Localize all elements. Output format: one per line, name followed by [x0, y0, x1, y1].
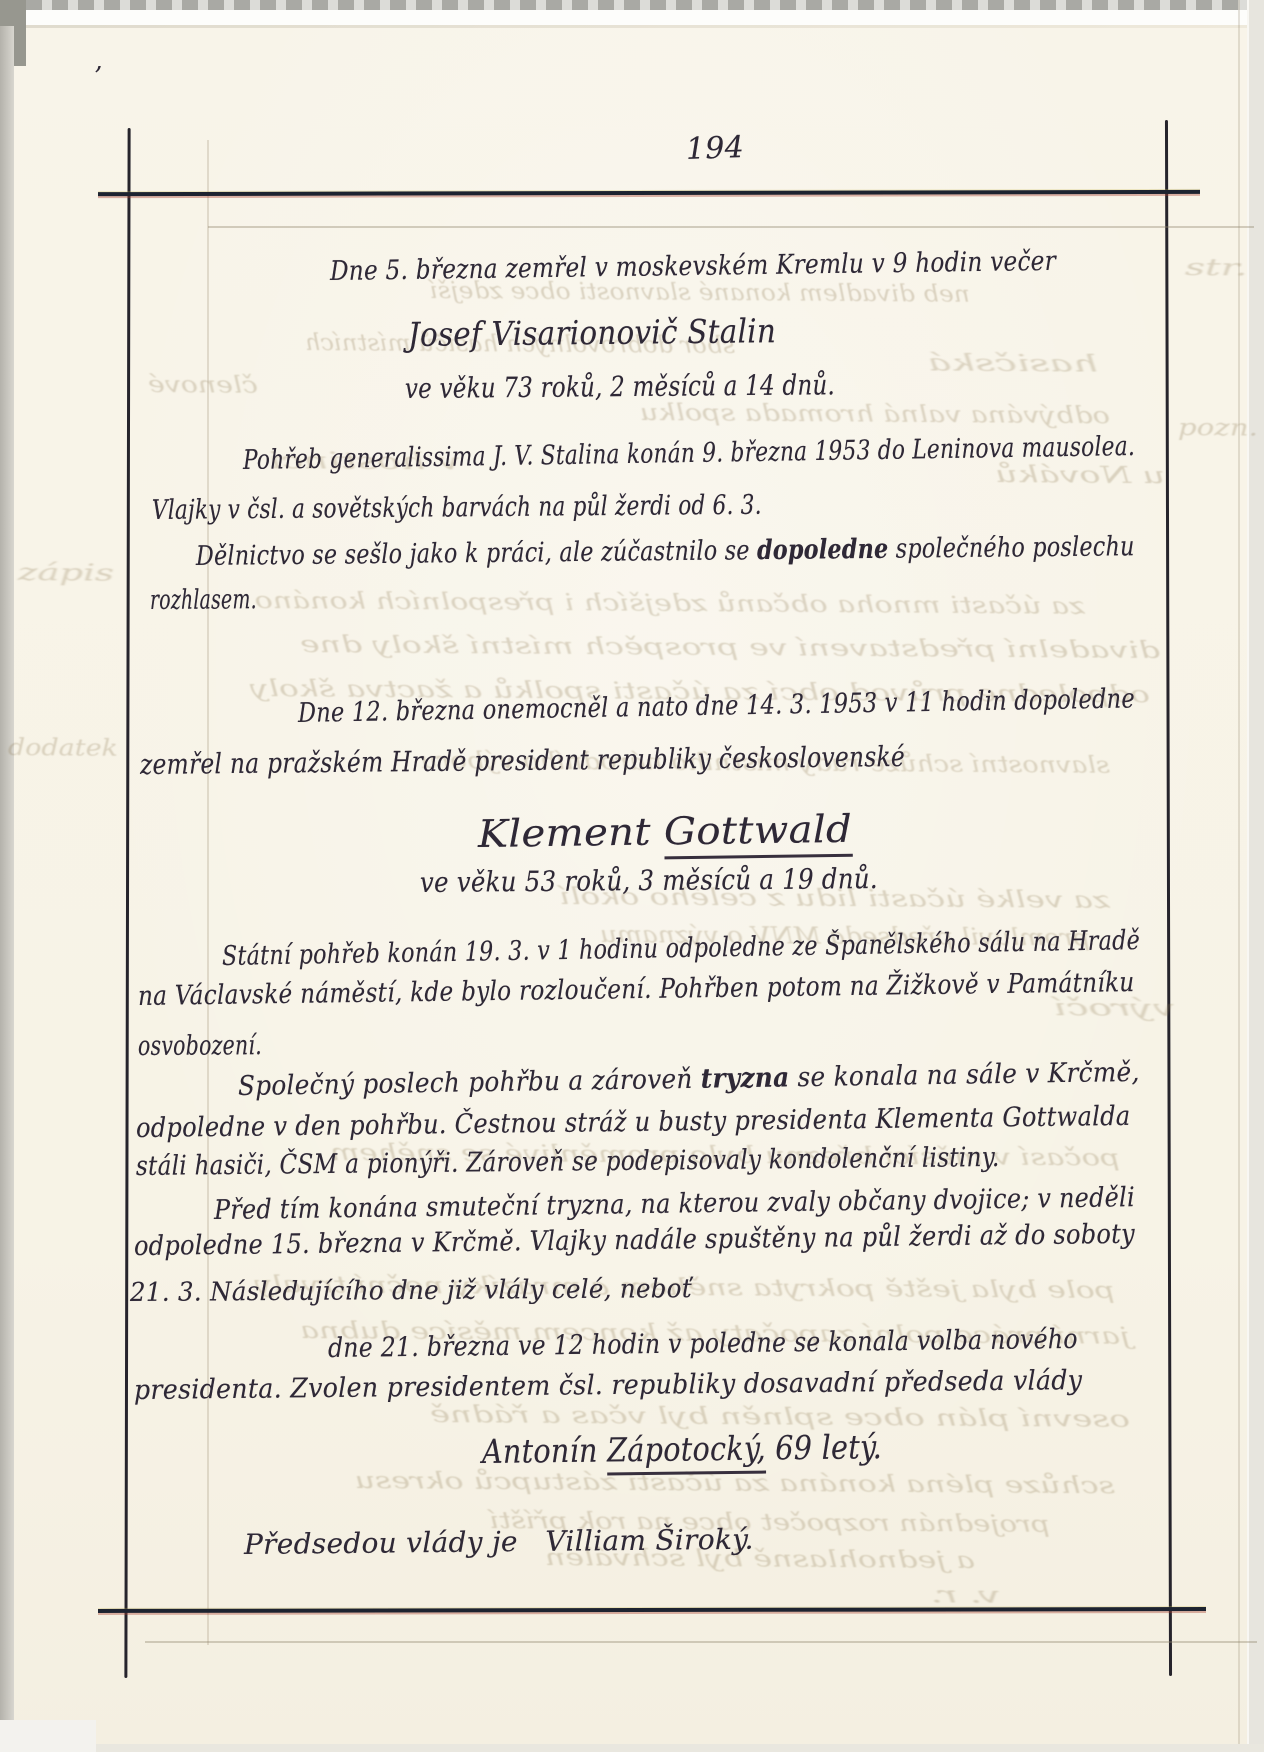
handwritten-text: Státní pohřeb konán 19. 3. v 1 hodinu od… [222, 925, 1141, 972]
handwritten-text: Předsedou vlády je Villiam Široký. [244, 1523, 754, 1561]
margin-rule-right [1165, 120, 1172, 1676]
handwritten-text: ve věku 53 roků, 3 měsíců a 19 dnů. [420, 862, 878, 899]
bleedthrough-line: výročí [1054, 995, 1175, 1022]
bleedthrough-line: dodatek [8, 735, 118, 762]
handwritten-line: Antonín Zápotocký, 69 letý. [482, 1427, 882, 1471]
page-corner-bottom-left [0, 1720, 96, 1752]
underlined-word: Zápotocký, [607, 1429, 766, 1476]
header-rule [98, 190, 1200, 196]
bleedthrough-line: hasičská [928, 350, 1098, 377]
handwritten-text: presidenta. Zvolen presidentem čsl. repu… [134, 1365, 1083, 1406]
handwritten-line: Klement Gottwald [478, 807, 853, 856]
handwritten-line: 21. 3. Následujícího dne již vlály celé,… [130, 1274, 692, 1308]
handwritten-line: stáli hasiči, ČSM a pionýři. Zároveň se … [136, 1142, 1000, 1182]
handwritten-text: Společný poslech pohřbu a zároveň [238, 1064, 701, 1102]
bleedthrough-line: odbývána valná hromada spolku [640, 400, 1110, 429]
handwritten-text: 69 letý. [766, 1427, 883, 1467]
page-right-edge [1247, 0, 1264, 1752]
footer-rule [98, 1607, 1206, 1613]
bleedthrough-line: členové [148, 372, 258, 399]
handwritten-line: rozhlasem. [150, 584, 257, 616]
handwritten-text: 21. 3. Následujícího dne již vlály celé,… [130, 1274, 692, 1308]
bleedthrough-line: zápis [18, 560, 114, 587]
ink-speck: ’ [94, 62, 102, 92]
handwritten-text: odpoledne 15. března v Krčmě. Vlajky nad… [134, 1219, 1135, 1262]
handwritten-text: Dělnictvo se sešlo jako k práci, ale zúč… [196, 535, 757, 572]
page-top-shadow [0, 25, 1264, 28]
handwritten-line: Předsedou vlády je Villiam Široký. [244, 1523, 754, 1561]
handwritten-text: tryzna [701, 1062, 790, 1094]
page-bottom-edge [0, 1744, 1264, 1752]
handwritten-line: odpoledne v den pohřbu. Čestnou stráž u … [136, 1101, 1131, 1144]
handwritten-text: Josef Visarionovič Stalin [408, 311, 776, 354]
handwritten-line: Státní pohřeb konán 19. 3. v 1 hodinu od… [222, 925, 1141, 972]
handwritten-text: ve věku 73 roků, 2 měsíců a 14 dnů. [405, 368, 835, 405]
scanned-chronicle-page: 194 neb divadlem konané slavnosti obce z… [0, 0, 1264, 1752]
handwritten-line: Josef Visarionovič Stalin [408, 311, 776, 354]
handwritten-line: ve věku 73 roků, 2 měsíců a 14 dnů. [405, 368, 835, 405]
page-top-edge [0, 10, 1264, 25]
margin-rule-faint [207, 140, 209, 1645]
handwritten-line: ve věku 53 roků, 3 měsíců a 19 dnů. [420, 862, 878, 899]
handwritten-text: Vlajky v čsl. a sovětských barvách na pů… [152, 490, 762, 526]
handwritten-text: Klement [478, 809, 665, 856]
underlined-word: Gottwald [664, 807, 853, 860]
handwritten-text: společného poslechu [888, 531, 1135, 565]
margin-rule-left [124, 128, 130, 1678]
page-number: 194 [685, 130, 744, 167]
handwritten-line: Vlajky v čsl. a sovětských barvách na pů… [152, 490, 762, 526]
handwritten-text: rozhlasem. [150, 584, 257, 616]
handwritten-text: dopoledne [757, 534, 889, 566]
handwritten-line: osvobození. [138, 1030, 262, 1062]
handwritten-line: na Václavské náměstí, kde bylo rozloučen… [138, 967, 1135, 1012]
bleedthrough-line: pozn. [1178, 415, 1258, 442]
header-rule-faint [208, 226, 1254, 228]
bleedthrough-line: str. [1185, 255, 1248, 281]
handwritten-line: Společný poslech pohřbu a zároveň tryzna… [238, 1057, 1140, 1102]
handwritten-line: Dělnictvo se sešlo jako k práci, ale zúč… [196, 531, 1135, 572]
handwritten-text: se konala na sále v Krčmě, [789, 1057, 1140, 1093]
handwritten-line: Před tím konána smuteční tryzna, na kter… [214, 1182, 1135, 1226]
handwritten-text: Před tím konána smuteční tryzna, na kter… [214, 1182, 1135, 1226]
bleedthrough-line: v. r. [931, 1582, 1000, 1608]
handwritten-line: odpoledne 15. března v Krčmě. Vlajky nad… [134, 1219, 1135, 1262]
handwritten-text: na Václavské náměstí, kde bylo rozloučen… [138, 967, 1135, 1012]
handwritten-text: Antonín [482, 1430, 608, 1471]
bleedthrough-line: u Nováků [995, 462, 1165, 489]
handwritten-line: presidenta. Zvolen presidentem čsl. repu… [134, 1365, 1083, 1406]
footer-rule-faint [145, 1641, 1257, 1643]
handwritten-text: osvobození. [138, 1030, 262, 1062]
scanner-edge-strip [0, 0, 1264, 10]
handwritten-text: odpoledne v den pohřbu. Čestnou stráž u … [136, 1101, 1131, 1144]
page-left-edge [0, 26, 14, 1752]
bleedthrough-line: za účasti mnoha občanů zdejších i přespo… [255, 588, 1085, 620]
bleedthrough-line: divadelní představení ve prospěch místní… [300, 632, 1160, 664]
handwritten-text: stáli hasiči, ČSM a pionýři. Zároveň se … [136, 1142, 1000, 1182]
